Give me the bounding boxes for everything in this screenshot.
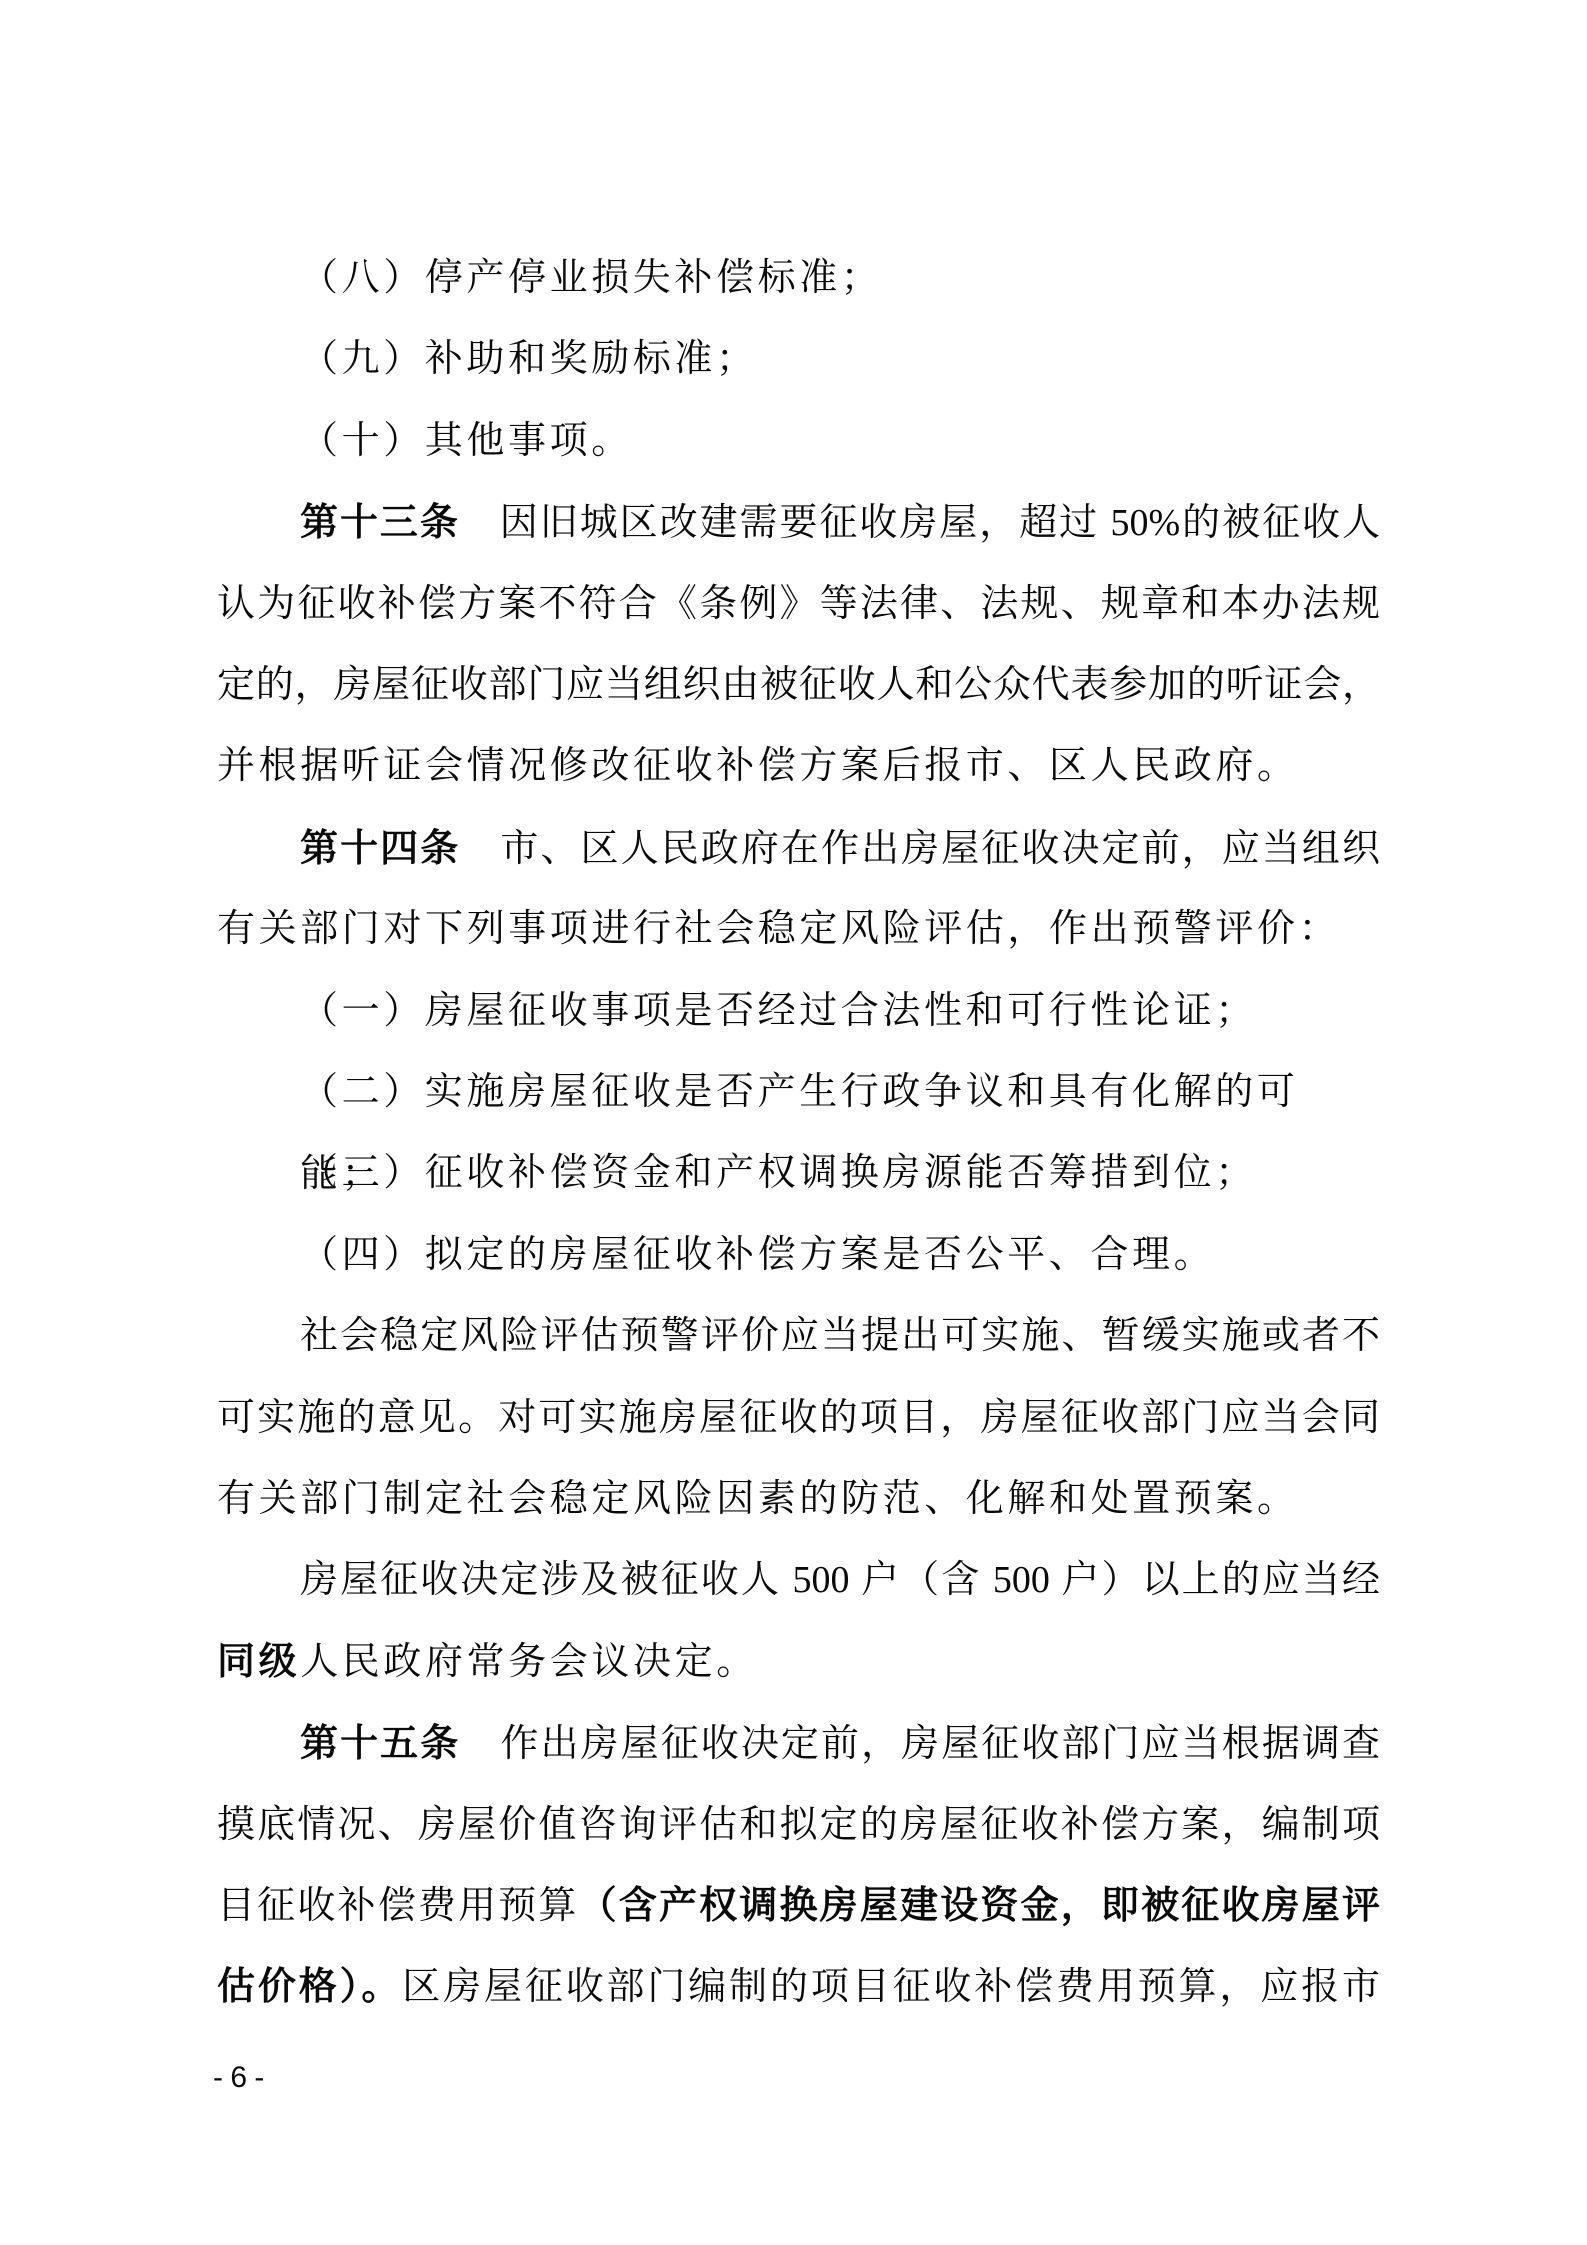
line-text: 有关部门对下列事项进行社会稳定风险评估，作出预警评价： — [217, 908, 1340, 950]
paragraph-line: 可实施的意见。对可实施房屋征收的项目，房屋征收部门应当会同 — [217, 1377, 1380, 1459]
line-text: 因旧城区改建需要征收房屋，超过 50%的被征收人 — [460, 502, 1380, 544]
line-text: 目征收补偿费用预算 — [217, 1885, 579, 1927]
paragraph-line: 目征收补偿费用预算（含产权调换房屋建设资金，即被征收房屋评 — [217, 1865, 1380, 1947]
article-14-heading: 第十四条 — [300, 826, 460, 870]
list-item-1: （一）房屋征收事项是否经过合法性和可行性论证； — [217, 970, 1380, 1052]
paragraph-line: 认为征收补偿方案不符合《条例》等法律、法规、规章和本办法规 — [217, 563, 1380, 645]
line-text: 摸底情况、房屋价值咨询评估和拟定的房屋征收补偿方案，编制项 — [217, 1804, 1380, 1846]
list-item-10: （十）其他事项。 — [217, 400, 1380, 482]
list-item-2: （二）实施房屋征收是否产生行政争议和具有化解的可能； — [217, 1051, 1380, 1133]
list-item-9: （九）补助和奖励标准； — [217, 318, 1380, 400]
paragraph-line: 并根据听证会情况修改征收补偿方案后报市、区人民政府。 — [217, 725, 1380, 807]
article-14-line: 第十四条 市、区人民政府在作出房屋征收决定前，应当组织 — [217, 807, 1380, 889]
article-15-heading: 第十五条 — [300, 1721, 460, 1765]
line-text: 区房屋征收部门编制的项目征收补偿费用预算，应报市 — [402, 1966, 1380, 2008]
emphasis-text: 同级 — [217, 1641, 300, 1683]
paragraph-line: 社会稳定风险评估预警评价应当提出可实施、暂缓实施或者不 — [217, 1295, 1380, 1377]
paragraph-line: 摸底情况、房屋价值咨询评估和拟定的房屋征收补偿方案，编制项 — [217, 1784, 1380, 1866]
line-text: 定的，房屋征收部门应当组织由被征收人和公众代表参加的听证会， — [217, 664, 1380, 706]
line-text: 并根据听证会情况修改征收补偿方案后报市、区人民政府。 — [217, 745, 1299, 787]
line-text: （三）征收补偿资金和产权调换房源能否筹措到位； — [300, 1152, 1257, 1194]
line-text: （一）房屋征收事项是否经过合法性和可行性论证； — [300, 990, 1257, 1032]
article-13-line: 第十三条 因旧城区改建需要征收房屋，超过 50%的被征收人 — [217, 481, 1380, 563]
list-item-8: （八）停产停业损失补偿标准； — [217, 237, 1380, 319]
paragraph-line: 有关部门制定社会稳定风险因素的防范、化解和处置预案。 — [217, 1458, 1380, 1540]
line-text: （九）补助和奖励标准； — [300, 338, 758, 380]
line-text: 可实施的意见。对可实施房屋征收的项目，房屋征收部门应当会同 — [217, 1397, 1380, 1439]
line-text: （四）拟定的房屋征收补偿方案是否公平、合理。 — [300, 1234, 1215, 1276]
list-item-3: （三）征收补偿资金和产权调换房源能否筹措到位； — [217, 1132, 1380, 1214]
line-text: 认为征收补偿方案不符合《条例》等法律、法规、规章和本办法规 — [217, 583, 1380, 625]
line-text: （十）其他事项。 — [300, 420, 633, 462]
paragraph-line: 同级人民政府常务会议决定。 — [217, 1621, 1380, 1703]
page-number: - 6 - — [213, 2058, 264, 2098]
article-15-line: 第十五条 作出房屋征收决定前，房屋征收部门应当根据调查 — [217, 1702, 1380, 1784]
paragraph-line: 定的，房屋征收部门应当组织由被征收人和公众代表参加的听证会， — [217, 644, 1380, 726]
emphasis-text: 估价格）。 — [217, 1966, 402, 2008]
line-text: 有关部门制定社会稳定风险因素的防范、化解和处置预案。 — [217, 1478, 1299, 1520]
line-text: 社会稳定风险评估预警评价应当提出可实施、暂缓实施或者不 — [300, 1315, 1380, 1357]
emphasis-text: （含产权调换房屋建设资金，即被征收房屋评 — [579, 1885, 1380, 1927]
article-13-heading: 第十三条 — [300, 500, 460, 544]
line-text: （八）停产停业损失补偿标准； — [300, 257, 882, 299]
paragraph-line: 有关部门对下列事项进行社会稳定风险评估，作出预警评价： — [217, 888, 1380, 970]
paragraph-line: 估价格）。区房屋征收部门编制的项目征收补偿费用预算，应报市 — [217, 1946, 1380, 2028]
line-text: 市、区人民政府在作出房屋征收决定前，应当组织 — [460, 828, 1380, 870]
list-item-4: （四）拟定的房屋征收补偿方案是否公平、合理。 — [217, 1214, 1380, 1296]
line-text: 人民政府常务会议决定。 — [300, 1641, 758, 1683]
line-text: 房屋征收决定涉及被征收人 500 户（含 500 户）以上的应当经 — [300, 1559, 1380, 1601]
paragraph-line: 房屋征收决定涉及被征收人 500 户（含 500 户）以上的应当经 — [217, 1539, 1380, 1621]
line-text: 作出房屋征收决定前，房屋征收部门应当根据调查 — [460, 1723, 1380, 1765]
document-page: （八）停产停业损失补偿标准； （九）补助和奖励标准； （十）其他事项。 第十三条… — [0, 0, 1587, 2245]
